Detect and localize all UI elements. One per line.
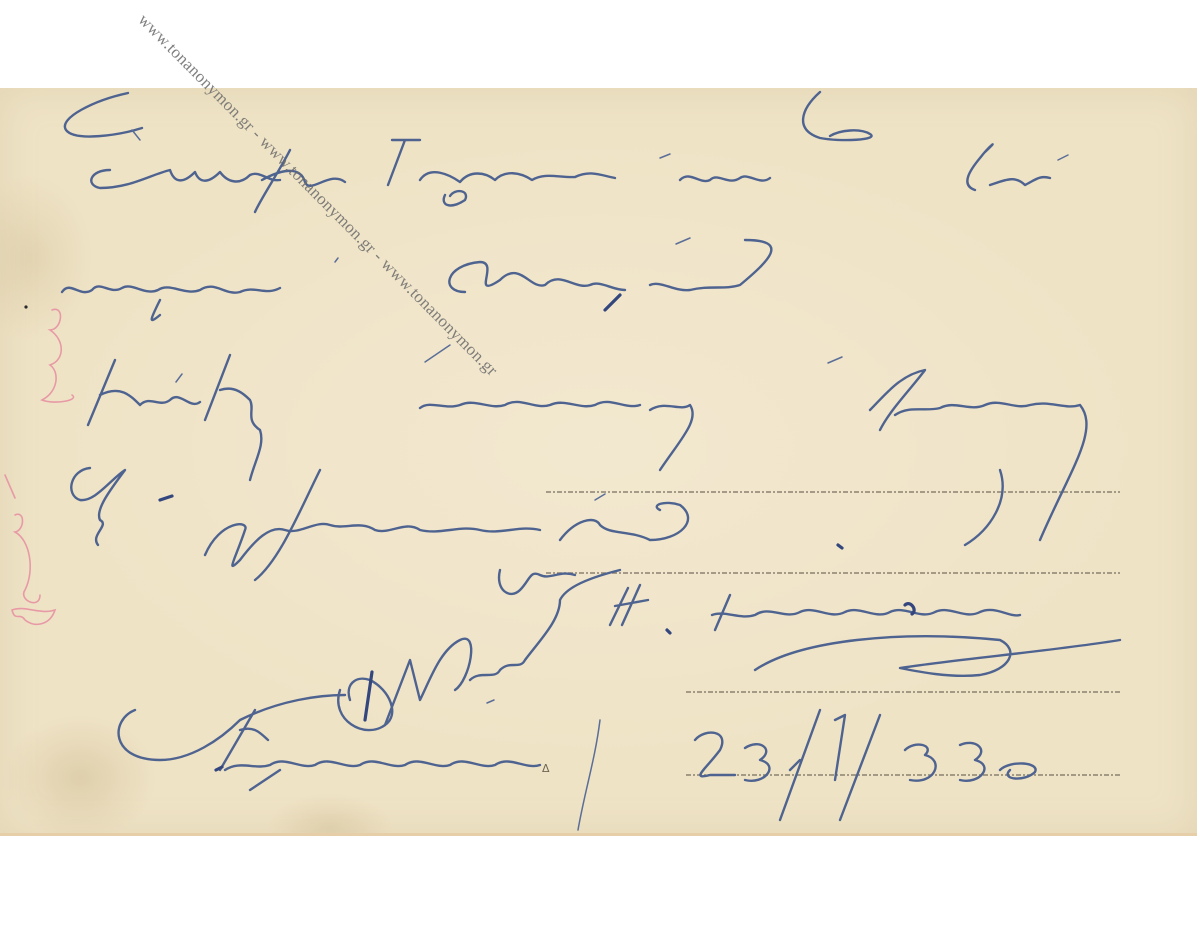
handwriting-place-date-strokes [119,695,1036,820]
printed-delta-mark: Δ [542,762,550,775]
ink-speck [24,305,27,308]
handwriting-strokes [0,0,1200,926]
handwriting-line-1-strokes [91,140,1068,212]
handwriting-line-4-strokes [71,468,1002,580]
scanned-postcard-page: Ἐνθύμιον Γερμανοῦ καὶ Ζωῆς Μιχαλοπούλου … [0,0,1200,926]
handwriting-line-3-strokes [88,345,1086,540]
handwriting-flourish-top [65,92,872,140]
pencil-note-marks [5,309,74,624]
signature-left [338,570,620,730]
